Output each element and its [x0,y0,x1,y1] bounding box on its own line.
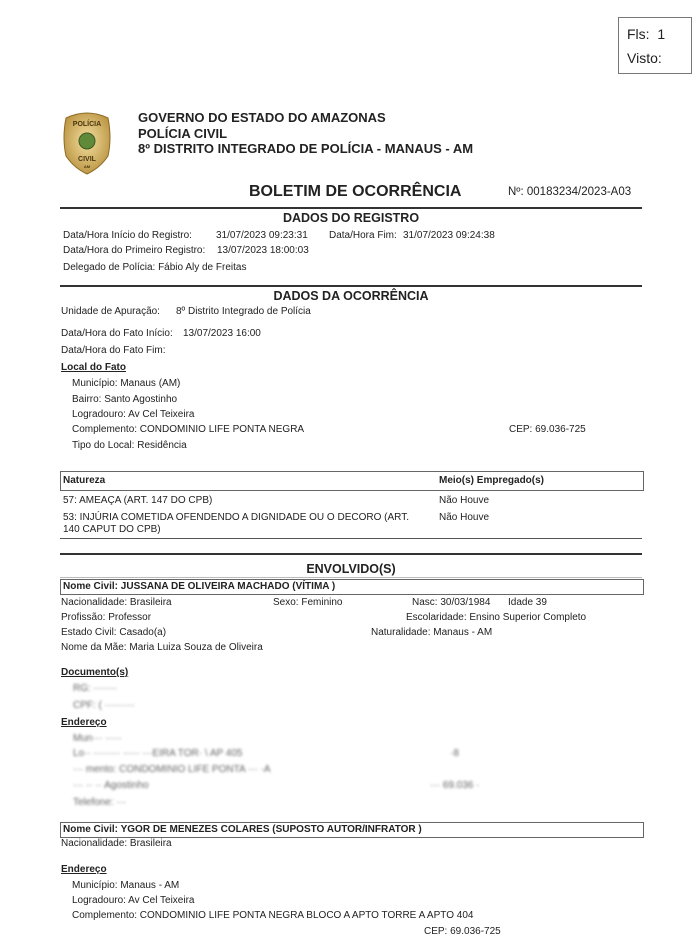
table-cell: Não Houve [439,495,489,506]
vitima-sexo: Sexo: Feminino [273,597,342,608]
logradouro: Logradouro: Av Cel Teixeira [72,409,195,420]
autor-endereco-title: Endereço [61,864,107,875]
vitima-nome: Nome Civil: JUSSANA DE OLIVEIRA MACHADO … [63,581,335,592]
municipio: Município: Manaus (AM) [72,378,180,389]
vitima-mae: Nome da Mãe: Maria Luiza Souza de Olivei… [61,642,263,653]
vitima-nacionalidade: Nacionalidade: Brasileira [61,597,172,608]
natureza-header [60,471,644,491]
visto-label: Visto: [627,50,662,66]
vitima-nasc: Nasc: 30/03/1984 [412,597,490,608]
doc-cpf: CPF: ( ········· [73,700,135,711]
divider [60,538,642,539]
autor-nome: Nome Civil: YGOR DE MENEZES COLARES (SUP… [63,824,422,835]
svg-text:AM: AM [84,164,91,169]
header-distrito: 8º DISTRITO INTEGRADO DE POLÍCIA - MANAU… [138,141,473,156]
header-policia: POLÍCIA CIVIL [138,126,227,141]
endereco-line: ··· 69.036 · [430,780,479,791]
cep: CEP: 69.036-725 [509,424,586,435]
label: Data/Hora do Fato Início: [61,328,173,339]
divider [60,285,642,287]
doc-rg: RG: ······· [73,683,117,694]
delegado: Delegado de Polícia: Fábio Aly de Freita… [63,262,246,273]
svg-text:CIVIL: CIVIL [78,156,97,163]
autor-logradouro: Logradouro: Av Cel Teixeira [72,895,195,906]
complemento: Complemento: CONDOMINIO LIFE PONTA NEGRA [72,424,304,435]
divider [60,577,642,578]
vitima-profissao: Profissão: Professor [61,612,151,623]
tipo-local: Tipo do Local: Residência [72,440,187,451]
documentos-title: Documento(s) [61,667,128,678]
fato-inicio: 13/07/2023 16:00 [183,328,261,339]
section-envolvidos-title: ENVOLVIDO(S) [60,562,642,576]
table-row: 57: AMEAÇA (ART. 147 DO CPB) [63,495,212,506]
autor-complemento: Complemento: CONDOMINIO LIFE PONTA NEGRA… [72,910,473,921]
autor-cep: CEP: 69.036-725 [424,926,501,937]
document-number: Nº: 00183234/2023-A03 [508,186,631,198]
registro-primeiro: 13/07/2023 18:00:03 [217,245,309,256]
table-cell: Não Houve [439,512,489,523]
vitima-naturalidade: Naturalidade: Manaus - AM [371,627,492,638]
col-meio: Meio(s) Empregado(s) [439,475,544,486]
table-row: 140 CAPUT DO CPB) [63,524,161,535]
svg-text:POLÍCIA: POLÍCIA [73,119,101,128]
divider [60,207,642,209]
label: Data/Hora do Fato Fim: [61,345,165,356]
endereco-line: ·8 [450,748,459,759]
autor-nacionalidade: Nacionalidade: Brasileira [61,838,172,849]
registro-fim: 31/07/2023 09:24:38 [403,230,495,241]
endereco-line: ··· mento: CONDOMINIO LIFE PONTA ··· ·A [73,764,271,775]
vitima-idade: Idade 39 [508,597,547,608]
telefone: Telefone: ··· [73,797,126,808]
document-title: BOLETIM DE OCORRÊNCIA [249,183,461,201]
folio-box: Fls: 1 Visto: [618,17,692,74]
endereco-title: Endereço [61,717,107,728]
table-row: 53: INJÚRIA COMETIDA OFENDENDO A DIGNIDA… [63,512,409,523]
label: Data/Hora Fim: [329,230,397,241]
local-title: Local do Fato [61,362,126,373]
endereco-line: Mun··· ····· [73,733,122,744]
unidade: 8º Distrito Integrado de Polícia [176,306,311,317]
vitima-escolaridade: Escolaridade: Ensino Superior Completo [406,612,586,623]
header-gov: GOVERNO DO ESTADO DO AMAZONAS [138,110,386,125]
autor-municipio: Município: Manaus - AM [72,880,179,891]
label: Data/Hora do Primeiro Registro: [63,245,205,256]
section-ocorrencia-title: DADOS DA OCORRÊNCIA [60,289,642,303]
vitima-estado-civil: Estado Civil: Casado(a) [61,627,166,638]
label: Unidade de Apuração: [61,306,160,317]
police-badge-icon: POLÍCIA CIVIL AM [60,108,114,176]
section-registro-title: DADOS DO REGISTRO [60,211,642,225]
bairro: Bairro: Santo Agostinho [72,394,177,405]
endereco-line: Lo·· ········ ····· ···EIRA TOR· \ AP 40… [73,748,242,759]
col-natureza: Natureza [63,475,105,486]
endereco-line: ··· ·· ·· Agostinho [73,780,149,791]
registro-inicio: 31/07/2023 09:23:31 [216,230,308,241]
divider [60,553,642,555]
fls-line: Fls: 1 [627,26,665,42]
label: Data/Hora Início do Registro: [63,230,192,241]
